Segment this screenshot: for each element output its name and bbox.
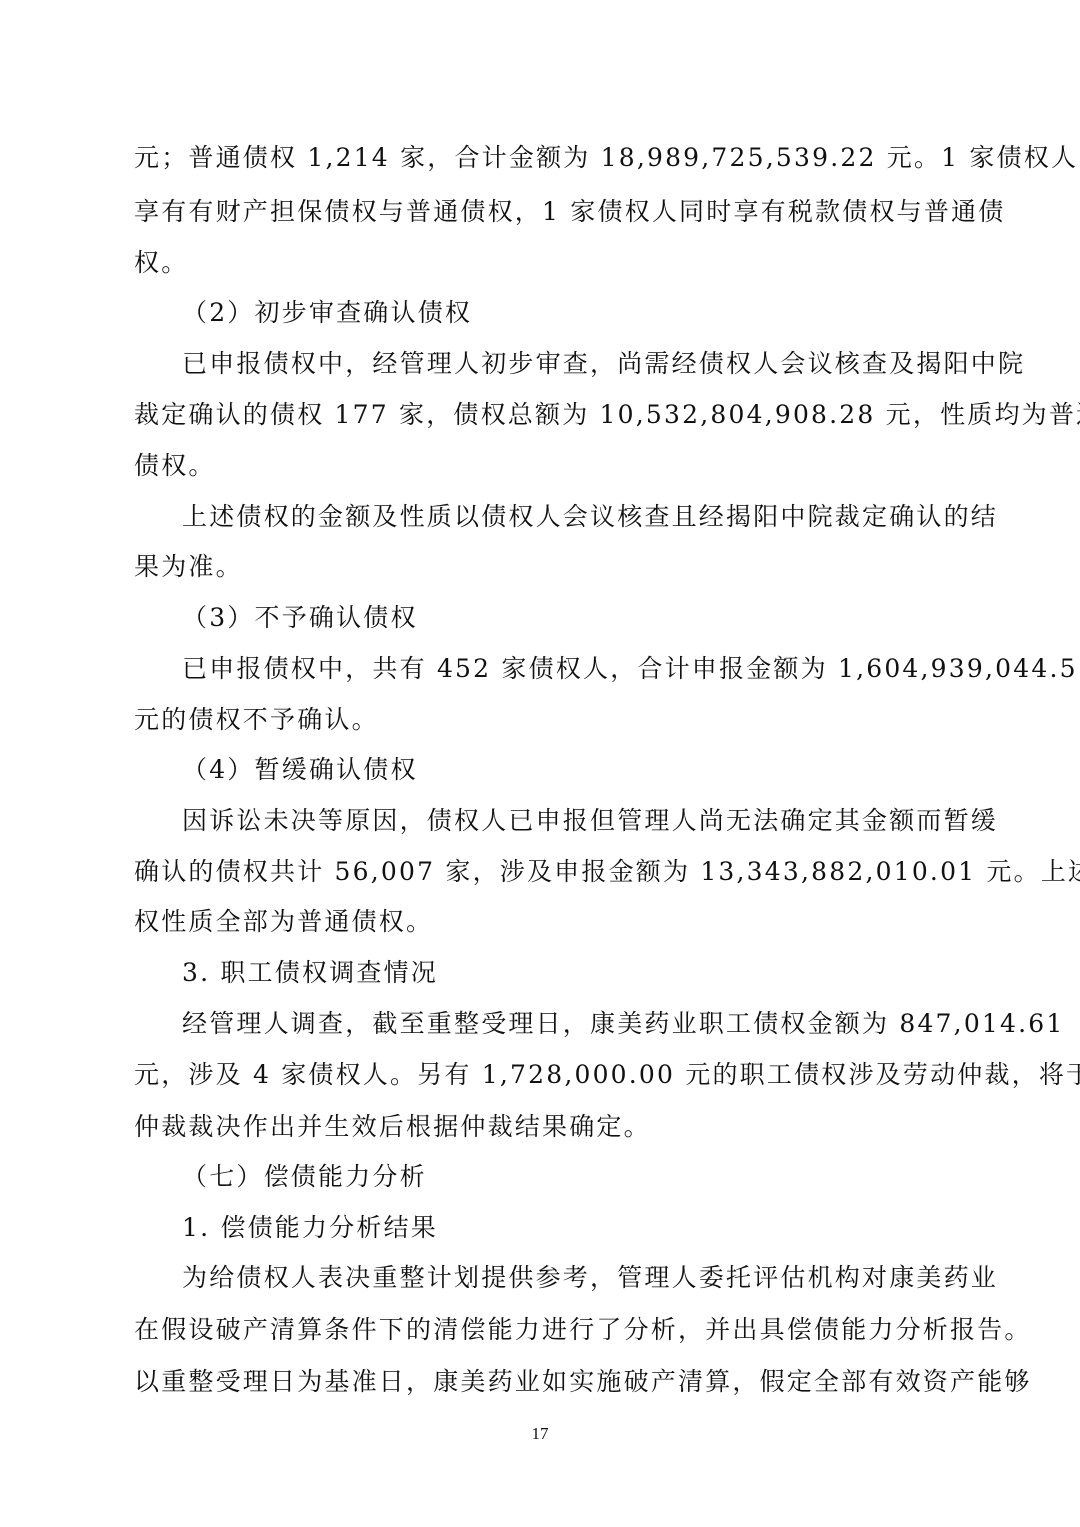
text-line: 债权。 bbox=[134, 450, 950, 482]
text-line: 元；普通债权 1,214 家，合计金额为 18,989,725,539.22 元… bbox=[134, 142, 950, 174]
section-heading: 3. 职工债权调查情况 bbox=[182, 957, 950, 989]
document-page: 元；普通债权 1,214 家，合计金额为 18,989,725,539.22 元… bbox=[0, 0, 1080, 1527]
text-line: 权。 bbox=[134, 247, 950, 279]
text-line: 确认的债权共计 56,007 家，涉及申报金额为 13,343,882,010.… bbox=[134, 856, 950, 888]
text-line: 元的债权不予确认。 bbox=[134, 704, 950, 736]
text-line: 上述债权的金额及性质以债权人会议核查且经揭阳中院裁定确认的结 bbox=[182, 501, 950, 533]
text-line: 已申报债权中，共有 452 家债权人，合计申报金额为 1,604,939,044… bbox=[182, 653, 950, 685]
text-line: 以重整受理日为基准日，康美药业如实施破产清算，假定全部有效资产能够 bbox=[134, 1366, 950, 1398]
page-number: 17 bbox=[0, 1424, 1080, 1444]
section-heading: （4）暂缓确认债权 bbox=[182, 754, 950, 786]
text-line: 在假设破产清算条件下的清偿能力进行了分析，并出具偿债能力分析报告。 bbox=[134, 1314, 950, 1346]
text-line: 为给债权人表决重整计划提供参考，管理人委托评估机构对康美药业 bbox=[182, 1262, 950, 1294]
text-line: 果为准。 bbox=[134, 551, 950, 583]
text-line: 经管理人调查，截至重整受理日，康美药业职工债权金额为 847,014.61 bbox=[182, 1008, 950, 1040]
text-line: 裁定确认的债权 177 家，债权总额为 10,532,804,908.28 元，… bbox=[134, 399, 950, 431]
section-heading: 1. 偿债能力分析结果 bbox=[182, 1212, 950, 1244]
text-line: 因诉讼未决等原因，债权人已申报但管理人尚无法确定其金额而暂缓 bbox=[182, 805, 950, 837]
text-line: 仲裁裁决作出并生效后根据仲裁结果确定。 bbox=[134, 1111, 950, 1143]
text-line: 享有有财产担保债权与普通债权，1 家债权人同时享有税款债权与普通债 bbox=[134, 196, 950, 228]
text-line: 权性质全部为普通债权。 bbox=[134, 906, 950, 938]
section-heading: （2）初步审查确认债权 bbox=[182, 297, 950, 329]
text-line: 元，涉及 4 家债权人。另有 1,728,000.00 元的职工债权涉及劳动仲裁… bbox=[134, 1059, 950, 1091]
section-heading: （3）不予确认债权 bbox=[182, 602, 950, 634]
text-line: 已申报债权中，经管理人初步审查，尚需经债权人会议核查及揭阳中院 bbox=[182, 348, 950, 380]
section-heading: （七）偿债能力分析 bbox=[182, 1161, 950, 1193]
